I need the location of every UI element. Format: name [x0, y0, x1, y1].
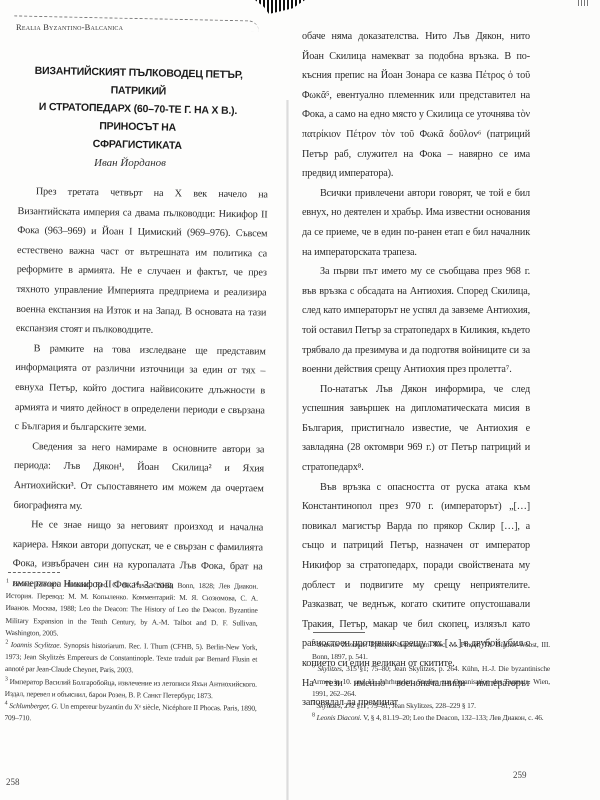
footnote-number: 1	[6, 579, 9, 585]
footnote: 2 Ioannis Scylitzae. Synopsis historiaru…	[5, 639, 257, 678]
paragraph: Сведения за него намираме в основните ав…	[13, 437, 264, 519]
footnote-text: V, § 4, 81.19–20; Leo the Deacon, 132–13…	[362, 713, 544, 722]
footnote-number: 4	[5, 701, 8, 707]
paragraph: За първи път името му се съобщава през 9…	[302, 262, 530, 380]
page-number-right: 259	[513, 770, 527, 780]
footnote: 5 Ioannis Zonarae. Epitome historiarum. …	[312, 639, 550, 663]
paragraph: По-нататък Лъв Дякон информира, че след …	[302, 380, 530, 478]
footnote: 1 Leonis Diaconi. Historiae. Rec. C. B. …	[5, 578, 258, 642]
right-footnotes: 5 Ioannis Zonarae. Epitome historiarum. …	[312, 639, 550, 724]
paragraph: обаче няма доказателства. Нито Лъв Дякон…	[302, 27, 530, 184]
footnote: 6 Skylitzes, 315 §1; 75–80; Jean Skylitz…	[312, 663, 550, 700]
footnote-number: 3	[5, 676, 8, 682]
left-footnotes: 1 Leonis Diaconi. Historiae. Rec. C. B. …	[4, 578, 258, 727]
left-body-text: През третата четвърт на X век начело на …	[12, 182, 268, 597]
footnote-author: Skylitzes,	[317, 701, 343, 710]
footnote-number: 7	[312, 701, 315, 707]
footnote: 4 Schlumberger, G. Un empereur byzantin …	[4, 700, 256, 727]
footnote-author: Leonis Diaconi.	[317, 713, 362, 722]
footnote-author: Schlumberger, G.	[9, 701, 58, 711]
paragraph: Всички привлечени автори говорят, че той…	[302, 184, 530, 262]
footnote-separator	[313, 632, 365, 633]
footnote-text: 315 §1; 75–80; Jean Skylitzes, p. 264. K…	[312, 664, 550, 697]
page-number-left: 258	[6, 777, 20, 787]
paragraph: През третата четвърт на X век начело на …	[16, 182, 268, 342]
paragraph: В рамките на това изследване ще представ…	[14, 339, 265, 440]
footnote-author: Ioannis Zonarae.	[318, 640, 368, 649]
title-line: ВИЗАНТИЙСКИЯТ ПЪЛКОВОДЕЦ ПЕТЪР, ПАТРИКИЙ	[18, 61, 259, 102]
footnote-number: 2	[5, 640, 8, 646]
footnote-number: 8	[312, 713, 315, 719]
footnote: 7 Skylitzes, 272 §17; 79–81; Jean Skylit…	[312, 700, 550, 712]
footnote-author: Ioannis Scylitzae.	[11, 640, 61, 650]
footnote-author: Skylitzes,	[318, 664, 344, 673]
footnote-text: 272 §17; 79–81; Jean Skylitzes, 228–229 …	[342, 701, 476, 710]
title-line: И СТРАТОПЕДАРХ (60–70-ТЕ Г. НА X В.). ПР…	[17, 97, 258, 138]
footnote-number: 6	[312, 664, 315, 670]
book-spread: Realia Byzantino-Balcanica ВИЗАНТИЙСКИЯТ…	[0, 0, 600, 800]
footnote: 8 Leonis Diaconi. V, § 4, 81.19–20; Leo …	[312, 712, 550, 724]
right-body-text: обаче няма доказателства. Нито Лъв Дякон…	[302, 27, 530, 713]
footnote: 3 Император Василий Болгаробойца, извлеч…	[5, 676, 257, 703]
article-title: ВИЗАНТИЙСКИЯТ ПЪЛКОВОДЕЦ ПЕТЪР, ПАТРИКИЙ…	[17, 61, 259, 156]
footnote-text: Император Василий Болгаробойца, извлечен…	[5, 677, 257, 700]
author-name: Иван Йорданов	[0, 157, 260, 169]
footnote-separator	[8, 572, 60, 573]
footnote-number: 5	[312, 640, 315, 646]
running-head: Realia Byzantino-Balcanica	[16, 22, 123, 32]
scanner-edge-mark	[578, 0, 590, 6]
footnote-author: Leonis Diaconi.	[13, 579, 60, 588]
page-gutter	[286, 100, 289, 800]
